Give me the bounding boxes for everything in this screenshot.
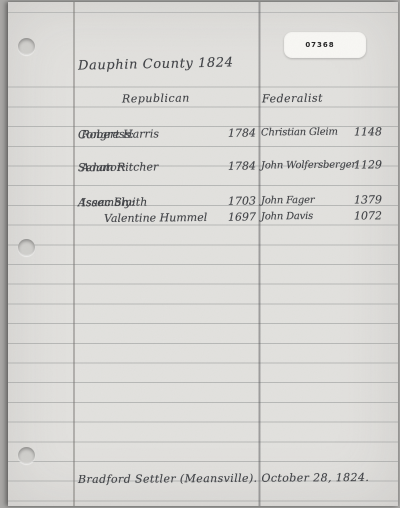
candidate-name: John Fager — [261, 195, 315, 207]
catalog-label: 07368 — [284, 32, 366, 58]
catalog-number: 07368 — [305, 41, 334, 49]
punch-hole-bottom — [18, 447, 35, 464]
candidate-name: Valentine Hummel — [104, 211, 207, 225]
candidate-name: John Wolfersberger — [261, 160, 356, 172]
column-header-federalist: Federalist — [262, 92, 323, 106]
vote-count: 1072 — [354, 209, 382, 222]
margin-line — [73, 2, 75, 506]
candidate-name: Robert Harris — [81, 127, 159, 141]
scanned-page: 07368 Dauphin County 1824 Republican Fed… — [0, 0, 400, 508]
punch-hole-middle — [18, 239, 35, 256]
candidate-name: Isaac Smith — [81, 196, 147, 210]
republican-entry: Assembly: Isaac Smith — [78, 196, 82, 209]
candidate-name: Adam Ritcher — [81, 160, 158, 174]
vote-count: 1379 — [354, 193, 382, 206]
vote-count: 1697 — [228, 210, 256, 223]
top-rule-line — [8, 12, 398, 13]
vote-count: 1784 — [228, 126, 256, 139]
vote-count: 1148 — [354, 125, 382, 138]
candidate-name: John Davis — [261, 211, 313, 222]
vote-count: 1129 — [354, 158, 382, 171]
notebook-paper: 07368 Dauphin County 1824 Republican Fed… — [8, 2, 398, 506]
vote-count: 1703 — [228, 194, 256, 207]
punch-hole-top — [18, 38, 35, 55]
candidate-name: Christian Gleim — [261, 127, 338, 139]
republican-entry: Senator: Adam Ritcher — [78, 161, 82, 174]
vote-count: 1784 — [228, 159, 256, 172]
column-header-republican: Republican — [122, 92, 190, 106]
center-crease — [258, 2, 261, 506]
source-line: Bradford Settler (Meansville). October 2… — [78, 471, 369, 486]
republican-entry: Congress: Robert Harris — [78, 128, 82, 141]
